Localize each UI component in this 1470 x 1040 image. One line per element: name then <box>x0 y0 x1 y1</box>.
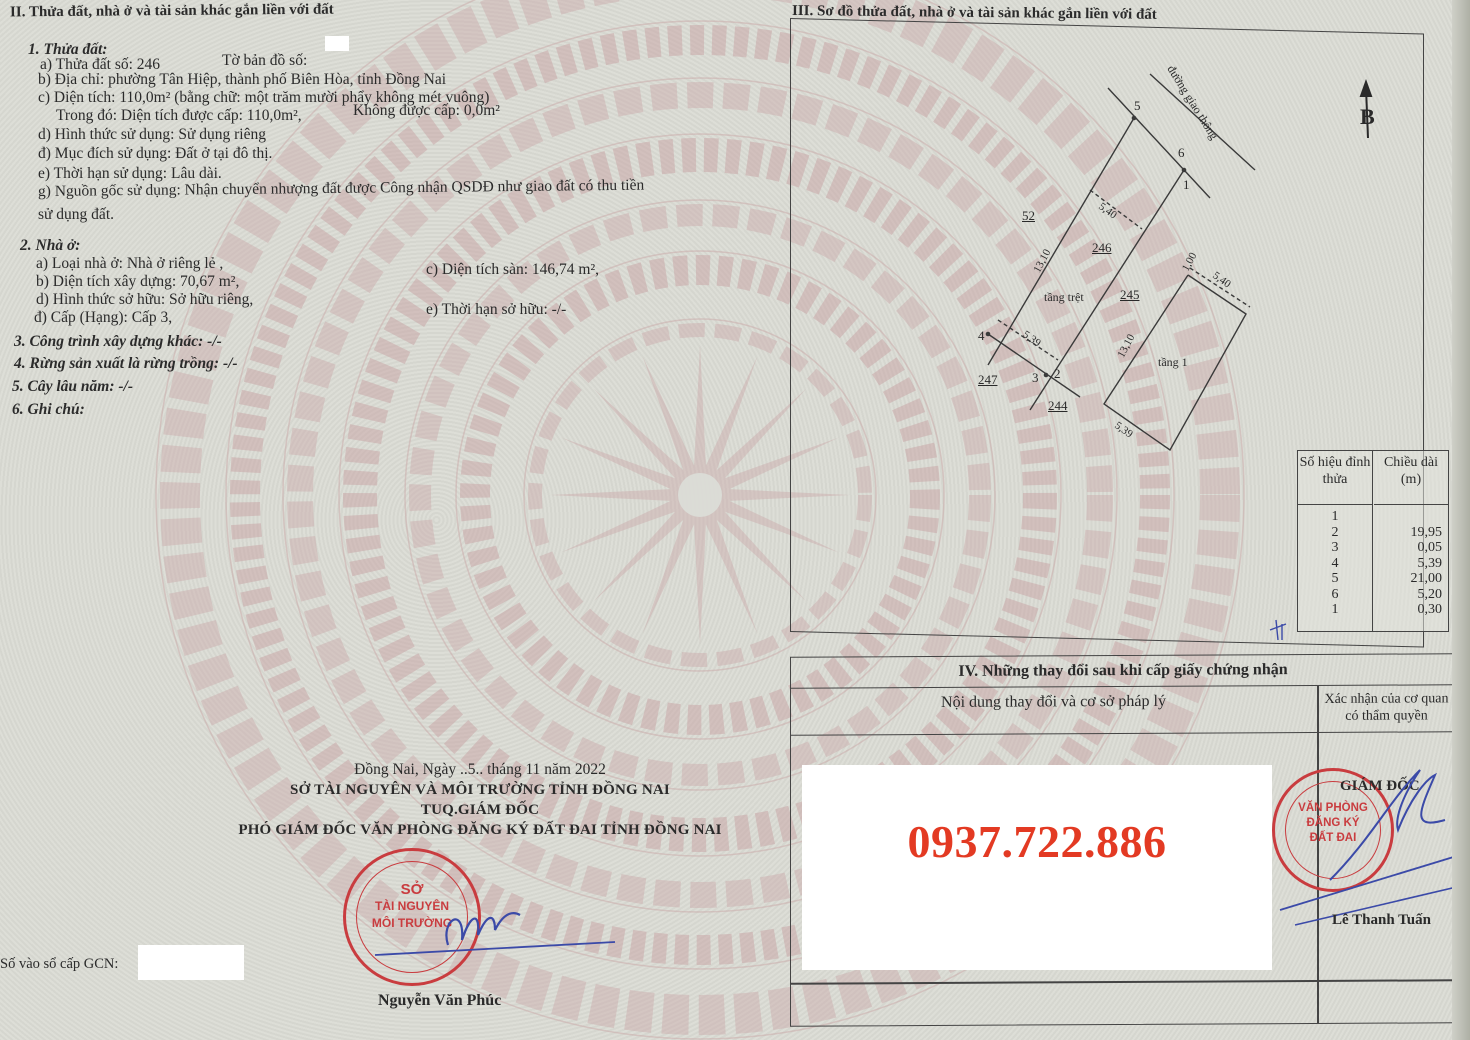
vertex-id: 1 <box>1298 602 1372 618</box>
vertex-2: 2 <box>1054 366 1061 382</box>
parcel-247: 247 <box>978 372 998 388</box>
parcel-52: 52 <box>1022 208 1035 224</box>
vertex-6: 6 <box>1178 145 1185 161</box>
north-symbol: B <box>1360 104 1375 129</box>
vertex-id: 3 <box>1298 540 1372 556</box>
director-name: Lê Thanh Tuấn <box>1332 912 1431 929</box>
vertex-id: 5 <box>1298 571 1372 587</box>
edge-length: 5,39 <box>1374 556 1448 572</box>
page-edge <box>1452 0 1470 1040</box>
floor-1: tầng 1 <box>1158 355 1188 370</box>
parcel-245: 245 <box>1120 287 1140 303</box>
length-col-header: Chiều dài (m) <box>1374 451 1448 505</box>
phone-overlay: 0937.722.886 <box>802 765 1272 970</box>
vertex-4: 4 <box>978 328 985 344</box>
vertex-3: 3 <box>1032 370 1039 386</box>
vertex-5: 5 <box>1134 98 1141 114</box>
edge-length: 21,00 <box>1374 571 1448 587</box>
section4-heading: IV. Những thay đổi sau khi cấp giấy chứn… <box>791 654 1455 688</box>
parcel-244: 244 <box>1048 398 1068 414</box>
phone-number: 0937.722.886 <box>802 815 1272 868</box>
parcel-246: 246 <box>1092 240 1112 256</box>
edge-length: 5,20 <box>1374 587 1448 603</box>
vertex-1: 1 <box>1183 177 1190 193</box>
changes-confirm-header: Xác nhận của cơ quan có thẩm quyền <box>1318 685 1455 732</box>
vertex-col-header: Số hiệu đỉnh thửa <box>1298 451 1372 505</box>
edge-length <box>1374 509 1448 525</box>
changes-content-header: Nội dung thay đổi và cơ sở pháp lý <box>791 686 1316 735</box>
floor-ground: tầng trệt <box>1044 290 1084 305</box>
vertex-id: 6 <box>1298 587 1372 603</box>
vertex-id: 4 <box>1298 556 1372 572</box>
edge-length: 0,05 <box>1374 540 1448 556</box>
vertex-id: 2 <box>1298 525 1372 541</box>
certificate-page: II. Thửa đất, nhà ở và tài sản khác gắn … <box>0 0 1455 1040</box>
vertex-id: 1 <box>1298 509 1372 525</box>
vertex-length-table: Số hiệu đỉnh thửa 1234561 Chiều dài (m) … <box>1297 450 1449 632</box>
edge-length: 0,30 <box>1374 602 1448 618</box>
edge-length: 19,95 <box>1374 525 1448 541</box>
